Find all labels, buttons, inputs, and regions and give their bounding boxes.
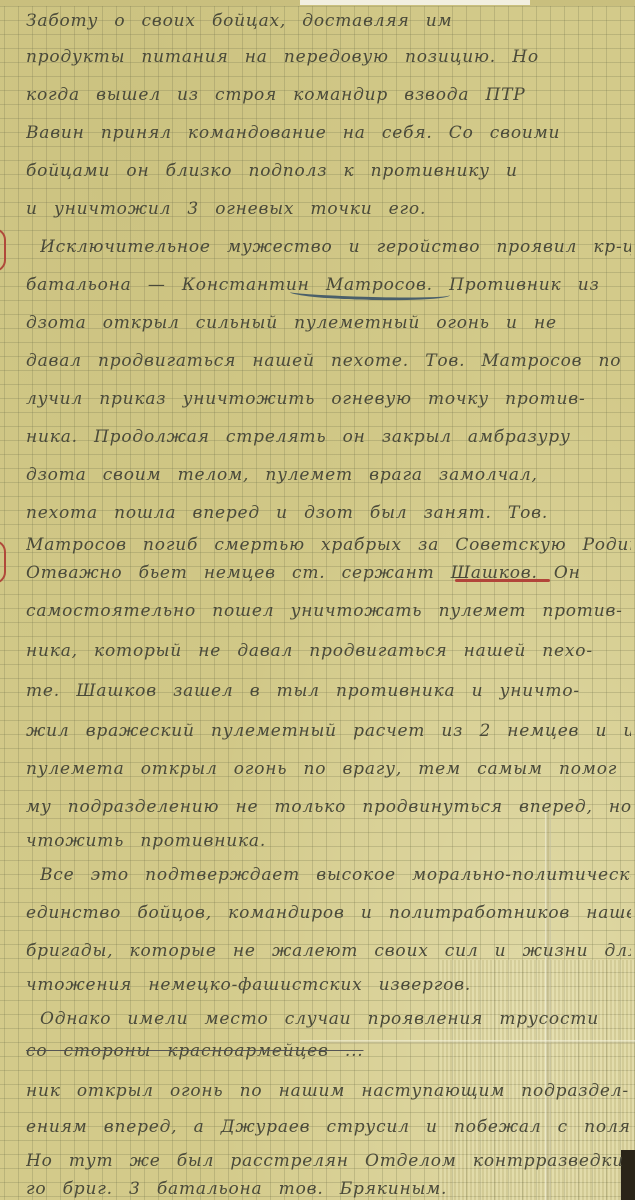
text-line: Отважно бьет немцев ст. сержант Шашков. … (26, 562, 631, 584)
text-line: бригады, которые не жалеют своих сил и ж… (26, 940, 631, 962)
paper-tab-edge (300, 0, 530, 5)
text-line: единство бойцов, командиров и политработ… (26, 902, 631, 924)
text-line: му подразделению не только продвинуться … (26, 796, 631, 818)
text-line: чтожения немецко-фашистских извергов. (26, 974, 631, 996)
graph-paper-page: Заботу о своих бойцах, доставляя им прод… (0, 0, 635, 1200)
text-line: ениям вперед, а Джураев струсил и побежа… (26, 1116, 631, 1138)
red-margin-bracket-1 (0, 228, 6, 272)
text-line: ник открыл огонь по нашим наступающим по… (26, 1080, 631, 1102)
text-line: Исключительное мужество и геройство проя… (40, 236, 631, 258)
text-line: продукты питания на передовую позицию. Н… (26, 46, 631, 68)
text-line: лучил приказ уничтожить огневую точку пр… (26, 388, 631, 410)
text-line: те. Шашков зашел в тыл противника и унич… (26, 680, 631, 702)
struck-text-line: со стороны красноармейцев ... (26, 1040, 631, 1062)
text-line: давал продвигаться нашей пехоте. Тов. Ма… (26, 350, 631, 372)
text-line: когда вышел из строя командир взвода ПТР (26, 84, 631, 106)
text-line: батальона — Константин Матросов. Противн… (26, 274, 631, 296)
text-line: дзота открыл сильный пулеметный огонь и … (26, 312, 631, 334)
text-line: чтожить противника. (26, 830, 631, 852)
text-line: ника, который не давал продвигаться наше… (26, 640, 631, 662)
red-margin-bracket-2 (0, 540, 6, 584)
text-line: жил вражеский пулеметный расчет из 2 нем… (26, 720, 631, 742)
text-line: го бриг. 3 батальона тов. Брякиным. (26, 1178, 631, 1200)
text-line: Вавин принял командование на себя. Со св… (26, 122, 631, 144)
text-line: ника. Продолжая стрелять он закрыл амбра… (26, 426, 631, 448)
text-line: дзота своим телом, пулемет врага замолча… (26, 464, 631, 486)
text-line: пехота пошла вперед и дзот был занят. То… (26, 502, 631, 524)
text-line: Заботу о своих бойцах, доставляя им (26, 10, 631, 32)
text-line: бойцами он близко подполз к противнику и (26, 160, 631, 182)
text-line: Но тут же был расстрелян Отделом контрра… (26, 1150, 631, 1172)
text-line: самостоятельно пошел уничтожать пулемет … (26, 600, 631, 622)
text-line: Все это подтверждает высокое морально-по… (40, 864, 631, 886)
text-line: Однако имели место случаи проявления тру… (40, 1008, 631, 1030)
text-line: и уничтожил 3 огневых точки его. (26, 198, 631, 220)
text-line: пулемета открыл огонь по врагу, тем самы… (26, 758, 631, 780)
text-line: Матросов погиб смертью храбрых за Советс… (26, 534, 631, 556)
